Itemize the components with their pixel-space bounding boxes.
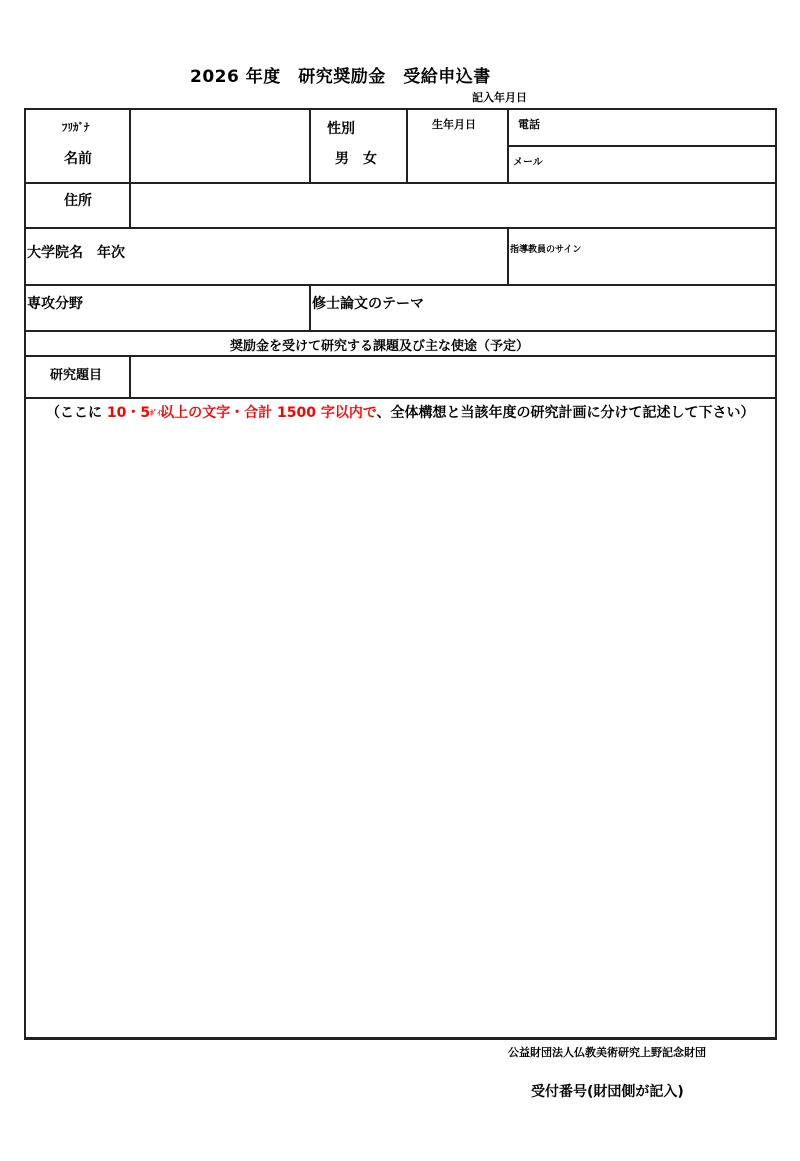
instruction-highlight: 以上の文字・合計 1500 字以内で (160, 405, 376, 421)
table-border-left (24, 108, 26, 1039)
research-plan-textarea[interactable] (27, 425, 774, 1035)
divider (309, 284, 311, 332)
receipt-number-label: 受付番号(財団側が記入) (531, 1081, 684, 1101)
graduate-school-input[interactable] (140, 230, 505, 283)
birthdate-label: 生年月日 (432, 116, 476, 132)
divider (24, 182, 777, 184)
divider (24, 355, 777, 357)
furigana-label: ﾌﾘｶﾞﾅ (62, 119, 90, 135)
name-input[interactable] (132, 111, 308, 181)
table-border-bottom (24, 1037, 777, 1040)
entry-date-label: 記入年月日 (472, 89, 527, 105)
instruction-text: （ここに 10・5ﾎﾟｲﾝﾄ以上の文字・合計 1500 字以内で、全体構想と当該… (46, 402, 755, 422)
divider (129, 108, 131, 228)
organization-name: 公益財団法人仏教美術研究上野記念財団 (508, 1044, 706, 1060)
table-border-top (24, 108, 777, 110)
divider (24, 330, 777, 332)
graduate-school-label: 大学院名 年次 (27, 242, 125, 262)
divider (129, 355, 131, 399)
instruction-suffix: 、全体構想と当該年度の研究計画に分けて記述して下さい） (377, 405, 755, 421)
page-title: 2026 年度 研究奨励金 受給申込書 (190, 62, 491, 87)
gender-label: 性別 (327, 118, 355, 138)
birthdate-input[interactable] (409, 132, 506, 181)
advisor-sign-field[interactable] (510, 256, 774, 283)
phone-input[interactable] (550, 111, 774, 144)
divider (24, 284, 777, 286)
table-border-right (775, 108, 777, 1039)
instruction-prefix: （ここに (46, 405, 107, 421)
divider (24, 397, 777, 399)
instruction-highlight: 10・5 (107, 405, 150, 421)
instruction-highlight-unit: ﾎﾟｲﾝﾄ (150, 410, 160, 417)
divider (406, 108, 408, 184)
section-header: 奨励金を受けて研究する課題及び主な使途（予定） (230, 335, 529, 354)
address-label: 住所 (64, 190, 92, 210)
email-label: メール (513, 153, 543, 168)
thesis-theme-input[interactable] (312, 310, 774, 329)
gender-options[interactable]: 男 女 (335, 148, 377, 168)
advisor-sign-label: 指導教員のサイン (510, 242, 581, 255)
phone-label: 電話 (518, 116, 540, 132)
name-label: 名前 (64, 148, 92, 168)
major-input[interactable] (27, 310, 307, 329)
email-input[interactable] (550, 148, 774, 181)
divider (507, 145, 777, 147)
divider (309, 108, 311, 184)
divider (24, 227, 777, 229)
divider (507, 227, 509, 286)
research-title-label: 研究題目 (50, 364, 102, 383)
address-input[interactable] (132, 185, 774, 226)
research-title-input[interactable] (132, 358, 774, 396)
